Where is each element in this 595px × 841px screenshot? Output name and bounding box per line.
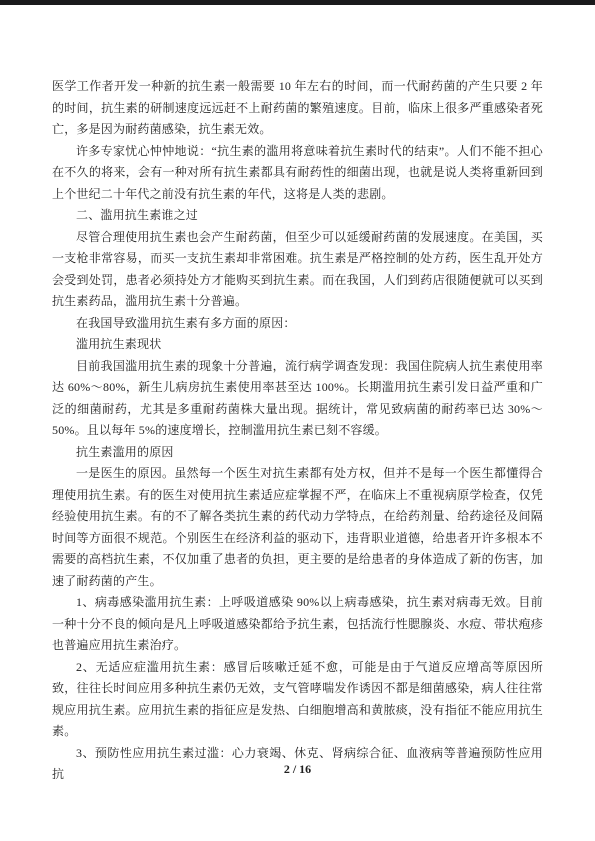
body-paragraph: 在我国导致滥用抗生素有多方面的原因：	[52, 313, 543, 335]
body-paragraph-continuation: 医学工作者开发一种新的抗生素一般需要 10 年左右的时间，而一代耐药菌的产生只要…	[52, 76, 543, 141]
sub-heading: 抗生素滥用的原因	[52, 442, 543, 464]
document-text-area: 医学工作者开发一种新的抗生素一般需要 10 年左右的时间，而一代耐药菌的产生只要…	[52, 76, 543, 786]
body-paragraph: 目前我国滥用抗生素的现象十分普遍，流行病学调查发现：我国住院病人抗生素使用率达 …	[52, 356, 543, 442]
sub-heading: 滥用抗生素现状	[52, 334, 543, 356]
body-paragraph: 一是医生的原因。虽然每一个医生对抗生素都有处方权，但并不是每一个医生都懂得合理使…	[52, 463, 543, 592]
body-paragraph: 尽管合理使用抗生素也会产生耐药菌，但至少可以延缓耐药菌的发展速度。在美国，买一支…	[52, 227, 543, 313]
numbered-item-1: 1、病毒感染滥用抗生素：上呼吸道感染 90%以上病毒感染，抗生素对病毒无效。目前…	[52, 592, 543, 657]
body-paragraph: 许多专家忧心忡忡地说：“抗生素的滥用将意味着抗生素时代的结束”。人们不能不担心在…	[52, 141, 543, 206]
document-page: 医学工作者开发一种新的抗生素一般需要 10 年左右的时间，而一代耐药菌的产生只要…	[0, 0, 595, 841]
page-number: 2 / 16	[0, 762, 595, 777]
top-edge-bar	[0, 0, 595, 5]
numbered-item-2: 2、无适应症滥用抗生素：感冒后咳嗽迁延不愈，可能是由于气道反应增高等原因所致，往…	[52, 657, 543, 743]
section-heading: 二、滥用抗生素谁之过	[52, 205, 543, 227]
